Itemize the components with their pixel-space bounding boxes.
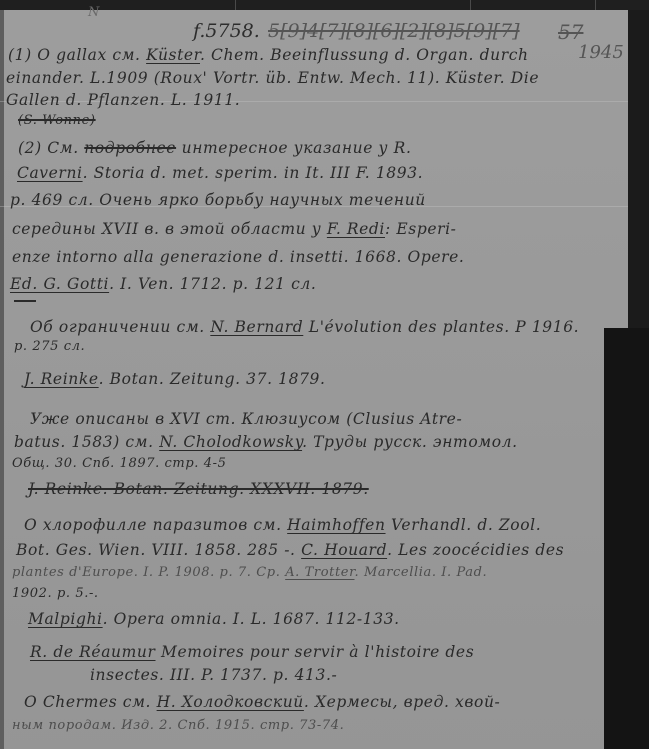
entry-2-line-5: enze intorno alla generazione d. insetti…: [12, 250, 464, 266]
author-trotter: A. Trotter: [285, 565, 354, 580]
entry-2-line-2: Caverni. Storia d. met. sperim. in It. I…: [17, 166, 423, 182]
entry-5-line-1: Уже описаны в XVI ст. Клюзиусом (Clusius…: [30, 412, 462, 428]
entry-10-line-2: ным породам. Изд. 2. Спб. 1915. стр. 73-…: [12, 719, 344, 732]
entry-7-line-3: plantes d'Europe. I. P. 1908. p. 7. Cp. …: [12, 566, 487, 579]
entry-3-line-2: p. 275 сл.: [14, 340, 85, 353]
scan-right-border: [628, 10, 649, 330]
corner-number: 1945: [578, 42, 624, 63]
section-divider-mark: [14, 300, 36, 302]
entry-7-line-2: Bot. Ges. Wien. VIII. 1858. 285 -. C. Ho…: [16, 543, 564, 559]
author-haimhoffen: Haimhoffen: [287, 516, 385, 534]
entry-1-line-3: Gallen d. Pflanzen. L. 1911.: [6, 93, 240, 109]
author-reinke: J. Reinke: [24, 370, 99, 388]
entry-8-line-1: Malpighi. Opera omnia. I. L. 1687. 112-1…: [28, 612, 400, 628]
author-redi: F. Redi: [327, 220, 385, 238]
author-kuster: Küster: [146, 46, 200, 64]
entry-7-line-1: O хлорофилле паразитов см. Haimhoffen Ve…: [24, 518, 541, 534]
shelf-number: f.5758.: [193, 20, 260, 42]
entry-7-line-4: 1902. p. 5.-.: [12, 587, 99, 600]
entry-1-line-2: einander. L.1909 (Roux' Vortr. üb. Entw.…: [6, 71, 539, 87]
entry-2-line-3: p. 469 сл. Очень ярко борьбу научных теч…: [10, 193, 426, 209]
author-malpighi: Malpighi: [28, 610, 103, 628]
author-cholodkovsky-ru: Н. Холодковский: [157, 693, 304, 711]
entry-1-line-1: (1) O gallax см. Küster. Chem. Beeinflus…: [8, 48, 529, 64]
author-cholodkowsky: N. Cholodkowsky: [159, 433, 302, 451]
entry-10-line-1: O Chermes см. Н. Холодковский. Хермесы, …: [24, 695, 500, 711]
corner-mark: N: [88, 6, 100, 19]
editor-gotti: Ed. G. Gotti: [10, 275, 109, 293]
entry-2-line-6: Ed. G. Gotti. I. Ven. 1712. p. 121 сл.: [10, 277, 316, 293]
entry-9-line-2: insectes. III. P. 1737. p. 413.-: [90, 668, 337, 684]
author-houard: C. Houard: [301, 541, 387, 559]
entry-1-struck-note: (S. Wonne): [18, 114, 96, 127]
entry-2-line-4: середины XVII в. в этой области у F. Red…: [12, 222, 457, 238]
entry-2-line-1: (2) См. подробнее интересное указание у …: [18, 141, 411, 157]
scan-left-edge: [0, 10, 4, 749]
scan-right-dark-strip: [604, 328, 649, 749]
author-reaumur: R. de Réaumur: [30, 643, 156, 661]
entry-6-struck: J. Reinke. Botan. Zeitung. XXXVII. 1879.: [28, 482, 369, 498]
entry-5-line-3: Общ. 30. Спб. 1897. стр. 4-5: [12, 457, 226, 470]
author-caverni: Caverni: [17, 164, 83, 182]
entry-3-line-1: Об ограничении см. N. Bernard L'évolutio…: [30, 320, 579, 336]
author-bernard: N. Bernard: [210, 318, 303, 336]
entry-5-line-2: batus. 1583) см. N. Cholodkowsky. Труды …: [14, 435, 518, 451]
corner-number-struck: 57: [558, 20, 583, 44]
scanned-card: N f.5758. 5[9]4[7][8][6][2][8]5[9][7] 57…: [0, 0, 649, 749]
crossed-numbers: 5[9]4[7][8][6][2][8]5[9][7]: [268, 20, 520, 42]
entry-9-line-1: R. de Réaumur Memoires pour servir à l'h…: [30, 645, 474, 661]
entry-4-line-1: J. Reinke. Botan. Zeitung. 37. 1879.: [24, 372, 326, 388]
